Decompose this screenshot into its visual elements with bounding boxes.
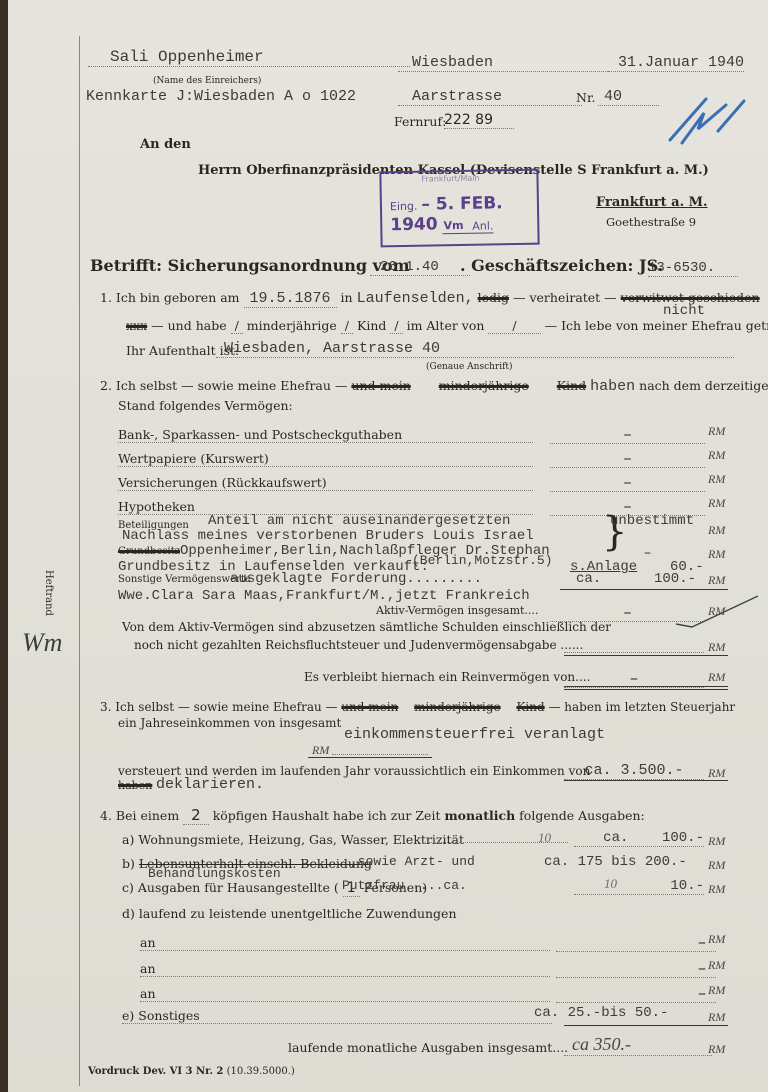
monthly-total-value: ca 350.-	[564, 1034, 712, 1056]
deductions-value	[564, 638, 704, 653]
letter-date: 31.Januar 1940	[608, 54, 744, 72]
house-number-label: Nr.	[576, 90, 596, 105]
rm-label: RM	[708, 640, 725, 655]
income-field	[332, 742, 428, 755]
form-footer: Vordruck Dev. VI 3 Nr. 2 (10.39.5000.)	[88, 1066, 295, 1077]
deductions-line1: Von dem Aktiv-Vermögen sind abzusetzen s…	[122, 620, 611, 634]
received-stamp: Frankfurt/Main Eing.– 5. FEB. 1940 Vm An…	[379, 169, 539, 248]
real-estate-value: –	[644, 545, 651, 561]
income-typed: einkommensteuerfrei veranlagt	[344, 726, 605, 743]
birth-date: 19.5.1876	[244, 290, 337, 308]
expense-a-value: ca. 100.-	[574, 830, 704, 847]
total-assets-label: Aktiv-Vermögen insgesamt....	[376, 604, 538, 617]
sender-name: Sali Oppenheimer	[88, 48, 410, 67]
not-separated-insert: nicht	[663, 303, 705, 319]
other-expenses-value: ca. 25.-bis 50.-	[534, 1005, 668, 1021]
expense-b-value: ca. 175 bis 200.-	[544, 854, 687, 870]
rm-label: RM	[708, 858, 725, 873]
rm-label: RM	[708, 882, 725, 897]
income-rule	[308, 757, 432, 758]
gift-row: an – RM	[140, 983, 730, 1002]
rm-label: RM	[708, 1010, 725, 1025]
deductions-line2: noch nicht gezahlten Reichsfluchtsteuer …	[134, 638, 583, 652]
reference-label: . Geschäftszeichen: JS.	[460, 256, 663, 275]
expense-b-typed-line2: Behandlungskosten	[148, 866, 281, 881]
section2-intro-line2: Stand folgendes Vermögen:	[118, 398, 293, 413]
house-number: 40	[598, 88, 659, 106]
phone-number: 222 89	[444, 112, 514, 129]
section3-intro: 3. Ich selbst — sowie meine Ehefrau — un…	[100, 700, 735, 714]
asset-row: Versicherungen (Rückkaufswert) – RM	[118, 472, 728, 491]
order-date: 26.1.40	[370, 259, 470, 276]
participations-line: Anteil am nicht auseinandergesetzten	[208, 513, 510, 529]
sum-rule	[564, 655, 728, 656]
household-size: 2	[183, 806, 209, 825]
residence-address: Wiesbaden, Aarstrasse 40	[216, 340, 734, 358]
birth-place: Laufenselden,	[357, 290, 474, 307]
sum-rule	[564, 780, 728, 781]
section3-intro-line2: ein Jahreseinkommen von insgesamt	[118, 716, 341, 730]
other-assets-amount: 100.-	[654, 571, 696, 587]
other-assets-prefix: ca.	[576, 571, 601, 587]
double-rule	[564, 686, 728, 690]
section1-line1: 1. Ich bin geboren am 19.5.1876 in Laufe…	[100, 290, 760, 307]
struck-haben: haben	[118, 779, 152, 792]
margin-rule	[79, 36, 80, 1086]
participations-line: (Berlin,Motzstr.5)	[412, 553, 552, 568]
net-assets-value: –	[564, 668, 704, 688]
declare-typed: deklarieren.	[156, 776, 264, 793]
margin-initials: Wm	[22, 628, 62, 658]
id-card-number: Kennkarte J:Wiesbaden A o 1022	[86, 88, 356, 105]
stamp-top-text: Frankfurt/Main	[421, 174, 479, 184]
expense-c-typed: Putzfrau.....ca.	[342, 878, 467, 893]
rm-label: RM	[708, 573, 725, 588]
rm-label: RM	[708, 766, 725, 781]
rm-label: RM	[708, 1042, 725, 1057]
expense-a-label: a) Wohnungsmiete, Heizung, Gas, Wasser, …	[122, 832, 464, 847]
section4-intro: 4. Bei einem 2 köpfigen Haushalt habe ic…	[100, 806, 645, 824]
heftrand-label: Heftrand	[43, 570, 54, 616]
rm-label: RM	[312, 743, 329, 758]
expense-b-typed: ,sowie Arzt- und	[350, 854, 475, 869]
sum-rule	[564, 1025, 728, 1026]
stamp-attachment: Anl.	[442, 219, 493, 234]
gifts-label: d) laufend zu leistende unentgeltliche Z…	[122, 906, 457, 921]
net-assets-label: Es verbleibt hiernach ein Reinvermögen v…	[304, 670, 590, 684]
rm-label: RM	[708, 547, 725, 562]
participations-line: Nachlass meines verstorbenen Bruders Lou…	[122, 528, 534, 544]
other-expenses-label: e) Sonstiges	[122, 1008, 552, 1024]
struck-ledig: ledig	[478, 290, 509, 305]
gift-row: an – RM	[140, 932, 730, 951]
sender-name-caption: (Name des Einreichers)	[153, 76, 261, 86]
phone-label: Fernruf:	[394, 114, 446, 129]
rm-label: RM	[708, 834, 725, 849]
recipient-street: Goethestraße 9	[606, 215, 696, 229]
to-label: An den	[140, 137, 191, 152]
residence-caption: (Genaue Anschrift)	[426, 362, 513, 372]
expense-a-pencil: 10	[538, 830, 551, 846]
city: Wiesbaden	[398, 54, 612, 72]
pencil-check-icon	[672, 594, 762, 630]
recipient-city: Frankfurt a. M.	[596, 195, 708, 210]
other-assets-text: ausgeklagte Forderung.........	[230, 571, 482, 587]
monthly-total-label: laufende monatliche Ausgaben insgesamt..…	[288, 1040, 568, 1055]
expense-c-value: 10.-	[574, 878, 704, 895]
reference-number: 13-6530.	[648, 260, 738, 277]
section1-line2: xxx — und habe / minderjährige / Kind / …	[126, 318, 768, 333]
rm-label: RM	[708, 670, 725, 685]
document-page: Heftrand Wm Sali Oppenheimer (Name des E…	[8, 0, 768, 1092]
section2-intro: 2. Ich selbst — sowie meine Ehefrau — un…	[100, 378, 768, 395]
rm-label: RM	[708, 523, 725, 538]
asset-row: Bank-, Sparkassen- und Postscheckguthabe…	[118, 424, 728, 443]
participations-value: unbestimmt	[610, 513, 694, 529]
asset-row: Wertpapiere (Kurswert) – RM	[118, 448, 728, 467]
street: Aarstrasse	[398, 88, 582, 106]
gift-row: an – RM	[140, 958, 730, 977]
expected-income: ca. 3.500.-	[564, 762, 704, 780]
sum-rule	[560, 589, 728, 590]
blue-pencil-mark-icon	[668, 95, 748, 145]
real-estate-label-struck: Grundbesitz	[118, 546, 180, 557]
other-assets-line2: Wwe.Clara Sara Maas,Frankfurt/M.,jetzt F…	[118, 588, 530, 604]
subject-label: Betrifft: Sicherungsanordnung vom	[90, 256, 410, 275]
